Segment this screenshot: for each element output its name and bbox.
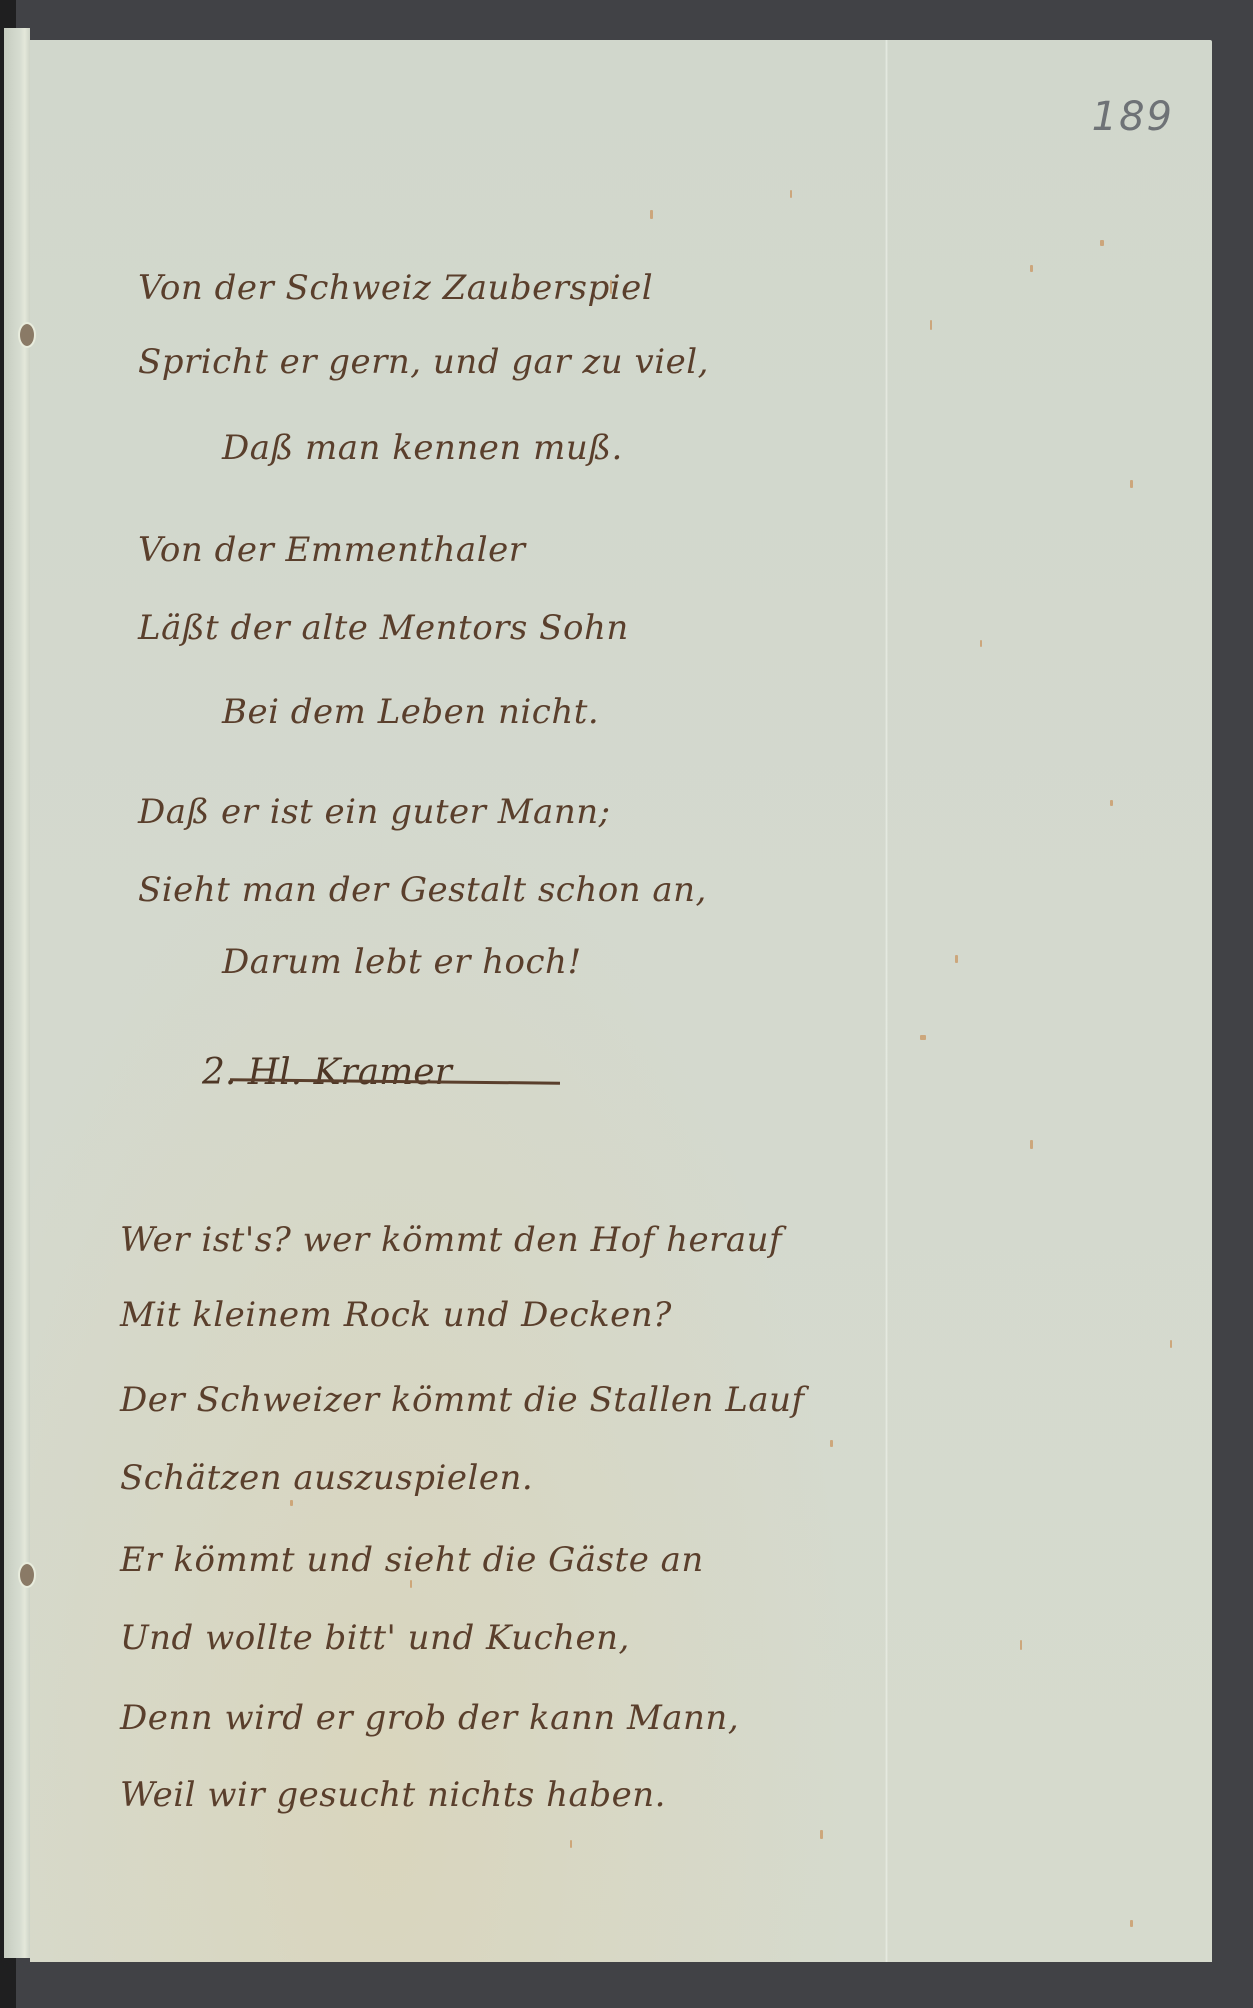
paper-speck bbox=[830, 1440, 833, 1447]
paper-speck bbox=[1030, 265, 1033, 272]
binding-edge bbox=[4, 28, 30, 1958]
paper-speck bbox=[980, 640, 982, 647]
paper-speck bbox=[930, 320, 932, 330]
paper-speck bbox=[1030, 1140, 1033, 1149]
manuscript-page: 189 Von der Schweiz Zauberspiel Spricht … bbox=[30, 40, 1212, 1962]
verse-line: Bei dem Leben nicht. bbox=[222, 692, 599, 732]
verse-line: Der Schweizer kömmt die Stallen Lauf bbox=[120, 1380, 805, 1420]
verse-line: Weil wir gesucht nichts haben. bbox=[120, 1775, 666, 1815]
binding-thread-hole bbox=[18, 1562, 36, 1588]
paper-fold-line bbox=[885, 40, 888, 1962]
paper-speck bbox=[955, 955, 958, 963]
paper-speck bbox=[920, 1035, 926, 1040]
verse-line: Wer ist's? wer kömmt den Hof herauf bbox=[120, 1220, 782, 1260]
verse-line: Daß er ist ein guter Mann; bbox=[138, 792, 611, 832]
verse-line: Und wollte bitt' und Kuchen, bbox=[120, 1618, 630, 1658]
paper-speck bbox=[1110, 800, 1113, 806]
paper-speck bbox=[1130, 480, 1133, 488]
verse-line: Von der Emmenthaler bbox=[138, 530, 525, 570]
paper-speck bbox=[650, 210, 653, 219]
verse-line: Spricht er gern, und gar zu viel, bbox=[138, 342, 709, 382]
verse-line: Darum lebt er hoch! bbox=[222, 942, 582, 982]
verse-line: Daß man kennen muß. bbox=[222, 428, 623, 468]
paper-speck bbox=[1100, 240, 1104, 246]
binding-thread-hole bbox=[18, 322, 36, 348]
paper-speck bbox=[570, 1840, 572, 1848]
paper-speck bbox=[1130, 1920, 1133, 1927]
folio-number: 189 bbox=[1092, 94, 1174, 140]
paper-speck bbox=[290, 1500, 293, 1506]
paper-speck bbox=[790, 190, 792, 198]
paper-speck bbox=[1020, 1640, 1022, 1650]
verse-line: Mit kleinem Rock und Decken? bbox=[120, 1295, 672, 1335]
paper-speck bbox=[1170, 1340, 1172, 1348]
verse-line: Er kömmt und sieht die Gäste an bbox=[120, 1540, 704, 1580]
paper-speck bbox=[410, 1580, 412, 1588]
paper-speck bbox=[820, 1830, 823, 1839]
verse-line: Denn wird er grob der kann Mann, bbox=[120, 1698, 739, 1738]
section-heading: 2. Hl. Kramer bbox=[202, 1052, 452, 1093]
verse-line: Sieht man der Gestalt schon an, bbox=[138, 870, 707, 910]
verse-line: Läßt der alte Mentors Sohn bbox=[138, 608, 629, 648]
verse-line: Schätzen auszuspielen. bbox=[120, 1458, 533, 1498]
verse-line: Von der Schweiz Zauberspiel bbox=[138, 268, 653, 308]
